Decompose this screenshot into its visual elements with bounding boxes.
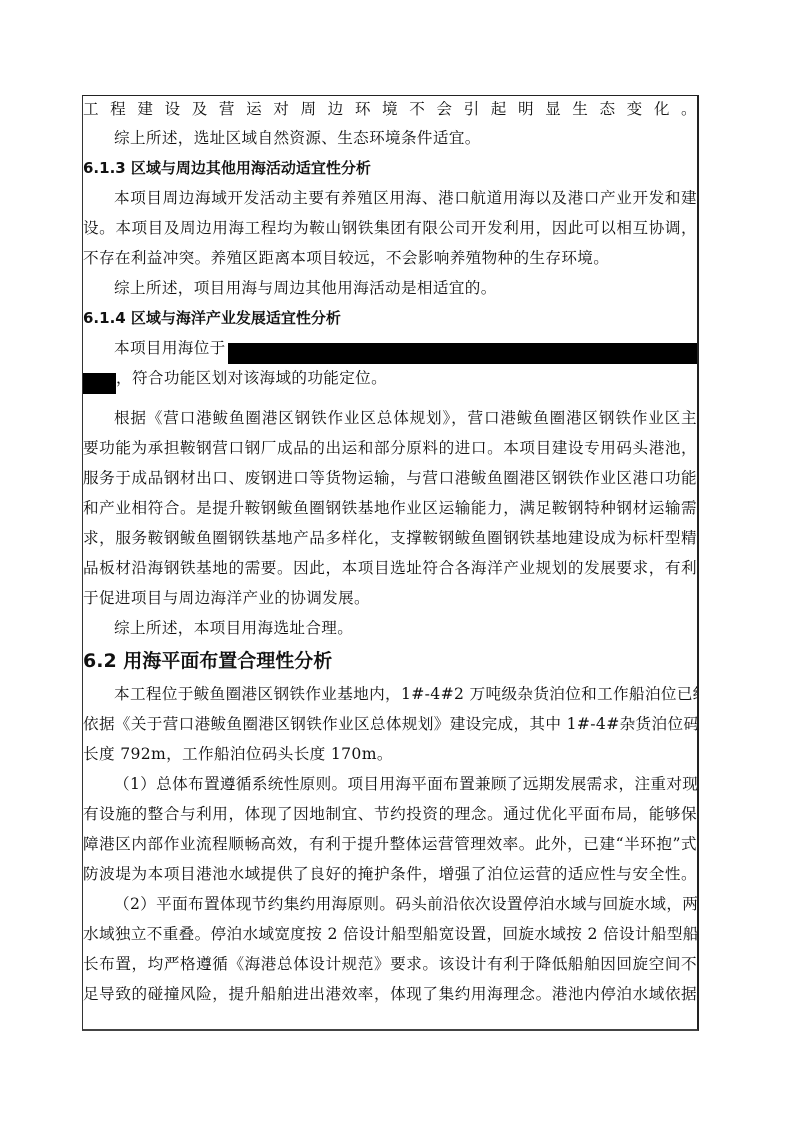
paragraph-line: 设。本项目及周边用海工程均为鞍山钢铁集团有限公司开发利用，因此可以相互协调，: [83, 213, 697, 243]
paragraph-text: 本项目用海位于: [114, 339, 226, 357]
paragraph-line: 本工程位于鲅鱼圈港区钢铁作业基地内，1#-4#2 万吨级杂货泊位和工作船泊位已经: [83, 679, 697, 709]
paragraph-line: 工程建设及营运对周边环境不会引起明显生态变化。: [83, 95, 697, 124]
paragraph-line: 于促进项目与周边海洋产业的协调发展。: [83, 583, 697, 613]
paragraph-line: 综上所述，项目用海与周边其他用海活动是相适宜的。: [83, 273, 697, 303]
redaction-bar: [228, 343, 699, 364]
paragraph-line: 综上所述，选址区域自然资源、生态环境条件适宜。: [83, 123, 697, 153]
paragraph-line: 依据《关于营口港鲅鱼圈港区钢铁作业区总体规划》建设完成，其中 1#-4#杂货泊位…: [83, 709, 697, 739]
paragraph-line: 和产业相符合。是提升鞍钢鲅鱼圈钢铁基地作业区运输能力，满足鞍钢特种钢材运输需: [83, 493, 697, 523]
paragraph-line: 长度 792m，工作船泊位码头长度 170m。: [83, 739, 697, 769]
section-heading-6-1-4: 6.1.4 区域与海洋产业发展适宜性分析: [83, 303, 697, 333]
paragraph-text: ，符合功能区划对该海域的功能定位。: [116, 369, 387, 387]
paragraph-line: 综上所述，本项目用海选址合理。: [83, 613, 697, 643]
paragraph-line: 有设施的整合与利用，体现了因地制宜、节约投资的理念。通过优化平面布局，能够保: [83, 799, 697, 829]
paragraph-line: 障港区内部作业流程顺畅高效，有利于提升整体运营管理效率。此外，已建“半环抱”式: [83, 829, 697, 859]
paragraph-line: 品板材沿海钢铁基地的需要。因此，本项目选址符合各海洋产业规划的发展要求，有利: [83, 553, 697, 583]
section-heading-6-2: 6.2 用海平面布置合理性分析: [83, 646, 697, 676]
paragraph-line: 不存在利益冲突。养殖区距离本项目较远，不会影响养殖物种的生存环境。: [83, 243, 697, 273]
paragraph-line-redacted: ，符合功能区划对该海域的功能定位。: [83, 363, 697, 393]
paragraph-line: 要功能为承担鞍钢营口钢厂成品的出运和部分原料的进口。本项目建设专用码头港池，: [83, 433, 697, 463]
paragraph-line-redacted: 本项目用海位于: [83, 333, 697, 363]
paragraph-line: 防波堤为本项目港池水域提供了良好的掩护条件，增强了泊位运营的适应性与安全性。: [83, 859, 697, 889]
section-heading-6-1-3: 6.1.3 区域与周边其他用海活动适宜性分析: [83, 153, 697, 183]
paragraph-line: （2）平面布置体现节约集约用海原则。码头前沿依次设置停泊水域与回旋水域，两: [83, 889, 697, 919]
paragraph-line: 根据《营口港鲅鱼圈港区钢铁作业区总体规划》，营口港鲅鱼圈港区钢铁作业区主: [83, 403, 697, 433]
paragraph-line: 求，服务鞍钢鲅鱼圈钢铁基地产品多样化，支撑鞍钢鲅鱼圈钢铁基地建设成为标杆型精: [83, 523, 697, 553]
document-frame: 工程建设及营运对周边环境不会引起明显生态变化。 综上所述，选址区域自然资源、生态…: [82, 95, 699, 1031]
paragraph-line: 长布置，均严格遵循《海港总体设计规范》要求。该设计有利于降低船舶因回旋空间不: [83, 949, 697, 979]
redaction-bar: [83, 373, 116, 394]
paragraph-line: （1）总体布置遵循系统性原则。项目用海平面布置兼顾了远期发展需求，注重对现: [83, 769, 697, 799]
paragraph-line: 服务于成品钢材出口、废钢进口等货物运输，与营口港鲅鱼圈港区钢铁作业区港口功能: [83, 463, 697, 493]
paragraph-line: 本项目周边海域开发活动主要有养殖区用海、港口航道用海以及港口产业开发和建: [83, 183, 697, 213]
paragraph-line: 水域独立不重叠。停泊水域宽度按 2 倍设计船型船宽设置，回旋水域按 2 倍设计船…: [83, 919, 697, 949]
paragraph-line: 足导致的碰撞风险，提升船舶进出港效率，体现了集约用海理念。港池内停泊水域依据: [83, 979, 697, 1009]
